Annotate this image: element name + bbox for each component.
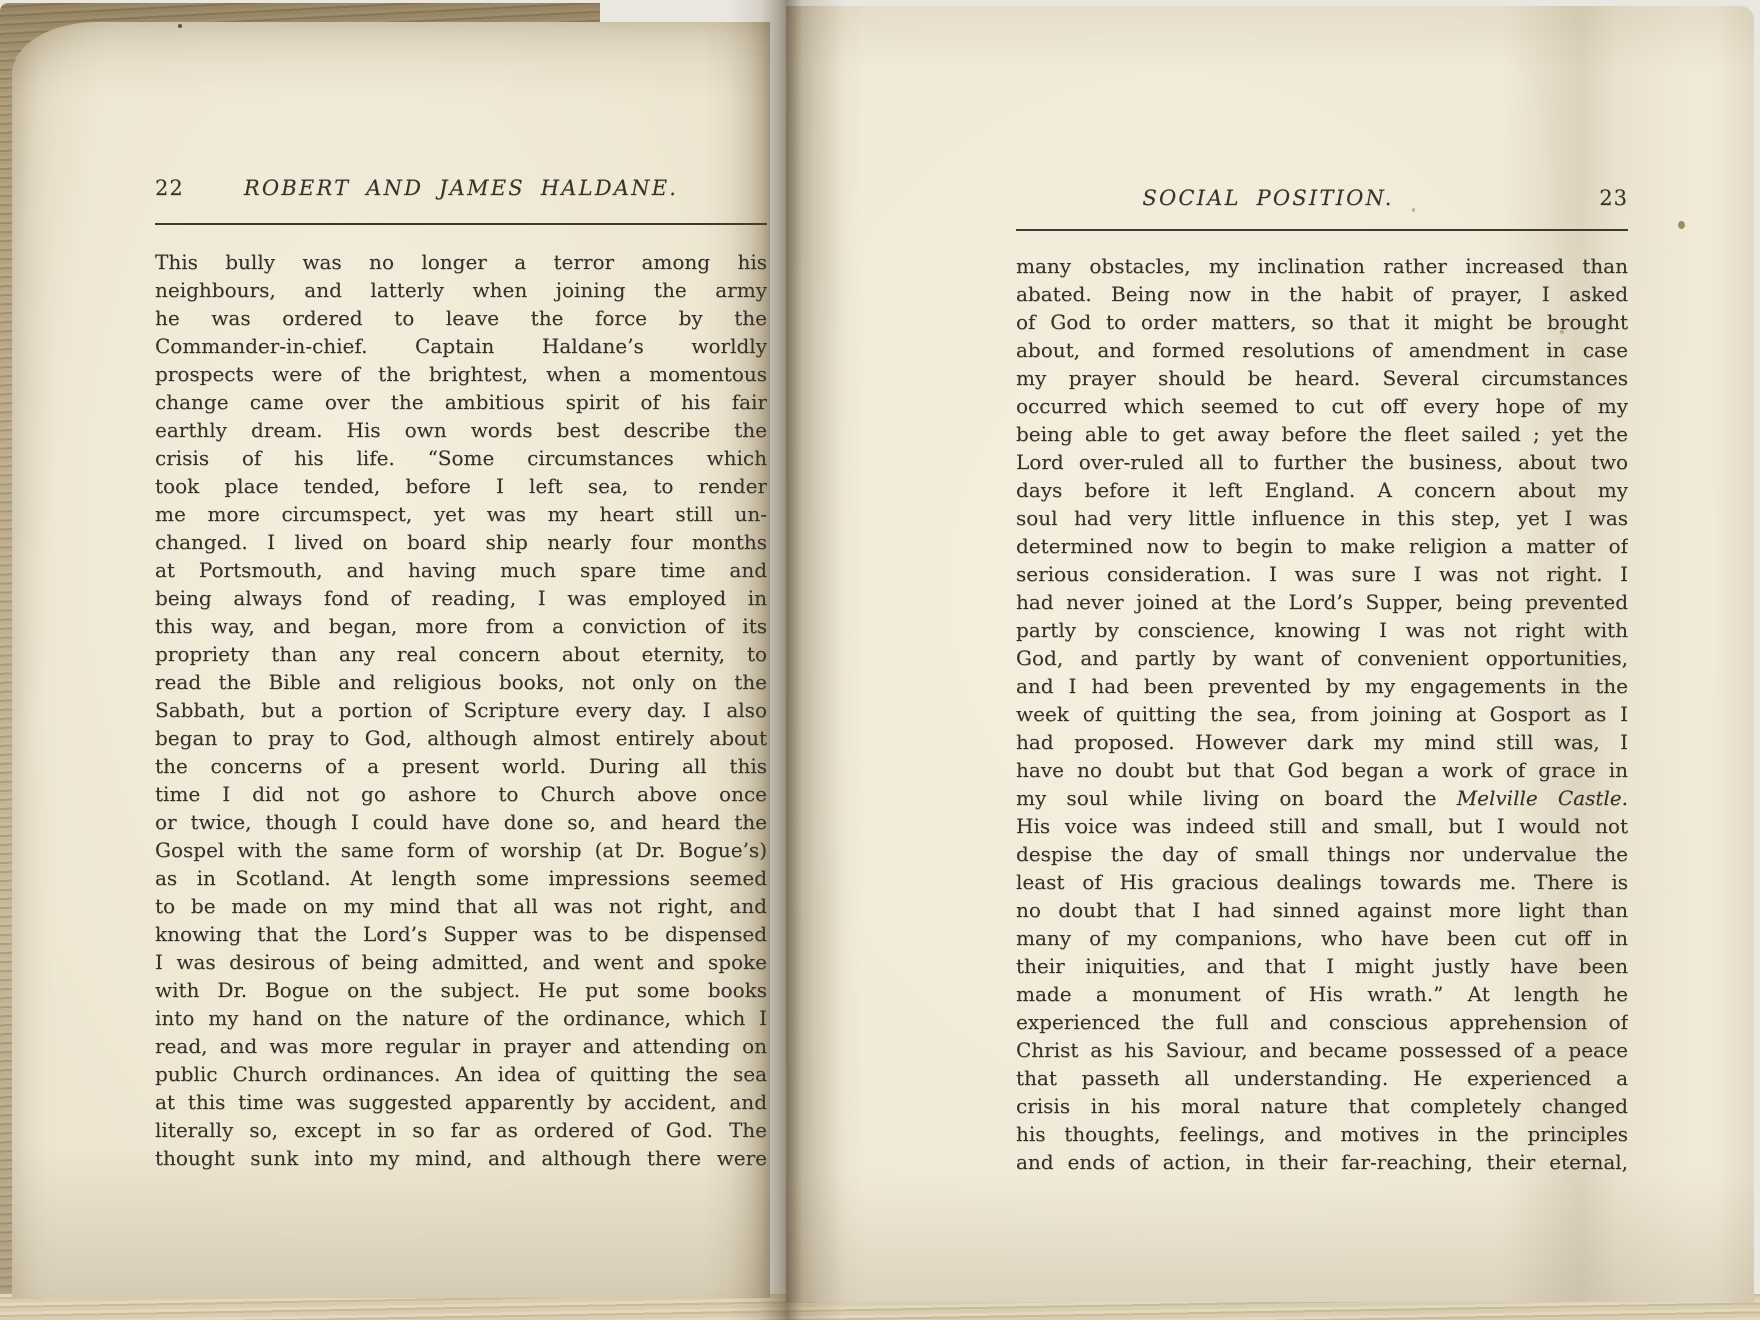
text-line: abated. Being now in the habit of prayer… xyxy=(1016,280,1628,308)
text-line: change came over the ambitious spirit of… xyxy=(155,388,767,416)
text-line: me more circumspect, yet was my heart st… xyxy=(155,500,767,528)
text-line: this way, and began, more from a convict… xyxy=(155,612,767,640)
text-line: about, and formed resolutions of amendme… xyxy=(1016,336,1628,364)
left-header-rule xyxy=(155,223,767,225)
text-line: made a monument of His wrath.” At length… xyxy=(1016,980,1628,1008)
right-running-head: SOCIAL POSITION. 23 xyxy=(1016,186,1628,216)
text-line: public Church ordinances. An idea of qui… xyxy=(155,1060,767,1088)
text-line: as in Scotland. At length some impressio… xyxy=(155,864,767,892)
text-line: being able to get away before the fleet … xyxy=(1016,420,1628,448)
text-line: with Dr. Bogue on the subject. He put so… xyxy=(155,976,767,1004)
text-line: occurred which seemed to cut off every h… xyxy=(1016,392,1628,420)
text-line: had never joined at the Lord’s Supper, b… xyxy=(1016,588,1628,616)
text-line: their iniquities, and that I might justl… xyxy=(1016,952,1628,980)
text-line: many obstacles, my inclination rather in… xyxy=(1016,252,1628,280)
text-line: and I had been prevented by my engagemen… xyxy=(1016,672,1628,700)
right-page: SOCIAL POSITION. 23 many obstacles, my i… xyxy=(786,6,1754,1302)
text-line: and ends of action, in their far-reachin… xyxy=(1016,1148,1628,1176)
text-line: His voice was indeed still and small, bu… xyxy=(1016,812,1628,840)
text-line: at this time was suggested apparently by… xyxy=(155,1088,767,1116)
text-line: propriety than any real concern about et… xyxy=(155,640,767,668)
left-page-text: This bully was no longer a terror among … xyxy=(155,248,767,1172)
text-line: Christ as his Saviour, and became posses… xyxy=(1016,1036,1628,1064)
text-line: least of His gracious dealings towards m… xyxy=(1016,868,1628,896)
text-line: prospects were of the brightest, when a … xyxy=(155,360,767,388)
book-scan: 22 ROBERT AND JAMES HALDANE. This bully … xyxy=(0,0,1760,1320)
text-line: Lord over-ruled all to further the busin… xyxy=(1016,448,1628,476)
text-line: the concerns of a present world. During … xyxy=(155,752,767,780)
text-line: experienced the full and conscious appre… xyxy=(1016,1008,1628,1036)
text-line: This bully was no longer a terror among … xyxy=(155,248,767,276)
text-line: soul had very little influence in this s… xyxy=(1016,504,1628,532)
text-line: God, and partly by want of convenient op… xyxy=(1016,644,1628,672)
text-line: Commander-in-chief. Captain Haldane’s wo… xyxy=(155,332,767,360)
text-line: no doubt that I had sinned against more … xyxy=(1016,896,1628,924)
text-line: despise the day of small things nor unde… xyxy=(1016,840,1628,868)
text-line: I was desirous of being admitted, and we… xyxy=(155,948,767,976)
text-line: week of quitting the sea, from joining a… xyxy=(1016,700,1628,728)
text-line: literally so, except in so far as ordere… xyxy=(155,1116,767,1144)
text-line: at Portsmouth, and having much spare tim… xyxy=(155,556,767,584)
text-line: read the Bible and religious books, not … xyxy=(155,668,767,696)
text-line: had proposed. However dark my mind still… xyxy=(1016,728,1628,756)
left-page: 22 ROBERT AND JAMES HALDANE. This bully … xyxy=(12,22,770,1298)
text-line: days before it left England. A concern a… xyxy=(1016,476,1628,504)
right-header-rule xyxy=(1016,229,1628,231)
text-line: my soul while living on board the Melvil… xyxy=(1016,784,1628,812)
text-line: knowing that the Lord’s Supper was to be… xyxy=(155,920,767,948)
right-header-title: SOCIAL POSITION. xyxy=(1142,186,1393,210)
text-line: thought sunk into my mind, and although … xyxy=(155,1144,767,1172)
left-header-title: ROBERT AND JAMES HALDANE. xyxy=(244,176,678,200)
text-line: into my hand on the nature of the ordina… xyxy=(155,1004,767,1032)
right-page-text: many obstacles, my inclination rather in… xyxy=(1016,252,1628,1176)
text-line: changed. I lived on board ship nearly fo… xyxy=(155,528,767,556)
text-line: to be made on my mind that all was not r… xyxy=(155,892,767,920)
text-line: Gospel with the same form of worship (at… xyxy=(155,836,767,864)
text-line: of God to order matters, so that it migh… xyxy=(1016,308,1628,336)
text-line: that passeth all understanding. He exper… xyxy=(1016,1064,1628,1092)
text-line: or twice, though I could have done so, a… xyxy=(155,808,767,836)
text-line: determined now to begin to make religion… xyxy=(1016,532,1628,560)
text-line: being always fond of reading, I was empl… xyxy=(155,584,767,612)
text-line: Sabbath, but a portion of Scripture ever… xyxy=(155,696,767,724)
text-line: took place tended, before I left sea, to… xyxy=(155,472,767,500)
text-line: many of my companions, who have been cut… xyxy=(1016,924,1628,952)
text-line: crisis in his moral nature that complete… xyxy=(1016,1092,1628,1120)
text-line: his thoughts, feelings, and motives in t… xyxy=(1016,1120,1628,1148)
text-line: my prayer should be heard. Several circu… xyxy=(1016,364,1628,392)
text-line: began to pray to God, although almost en… xyxy=(155,724,767,752)
text-line: crisis of his life. “Some circumstances … xyxy=(155,444,767,472)
left-page-number: 22 xyxy=(155,176,184,200)
right-page-number: 23 xyxy=(1599,186,1628,210)
left-running-head: 22 ROBERT AND JAMES HALDANE. xyxy=(155,176,767,206)
text-line: serious consideration. I was sure I was … xyxy=(1016,560,1628,588)
text-line: time I did not go ashore to Church above… xyxy=(155,780,767,808)
text-line: neighbours, and latterly when joining th… xyxy=(155,276,767,304)
text-line: read, and was more regular in prayer and… xyxy=(155,1032,767,1060)
text-line: partly by conscience, knowing I was not … xyxy=(1016,616,1628,644)
text-line: he was ordered to leave the force by the xyxy=(155,304,767,332)
text-line: have no doubt but that God began a work … xyxy=(1016,756,1628,784)
text-line: earthly dream. His own words best descri… xyxy=(155,416,767,444)
